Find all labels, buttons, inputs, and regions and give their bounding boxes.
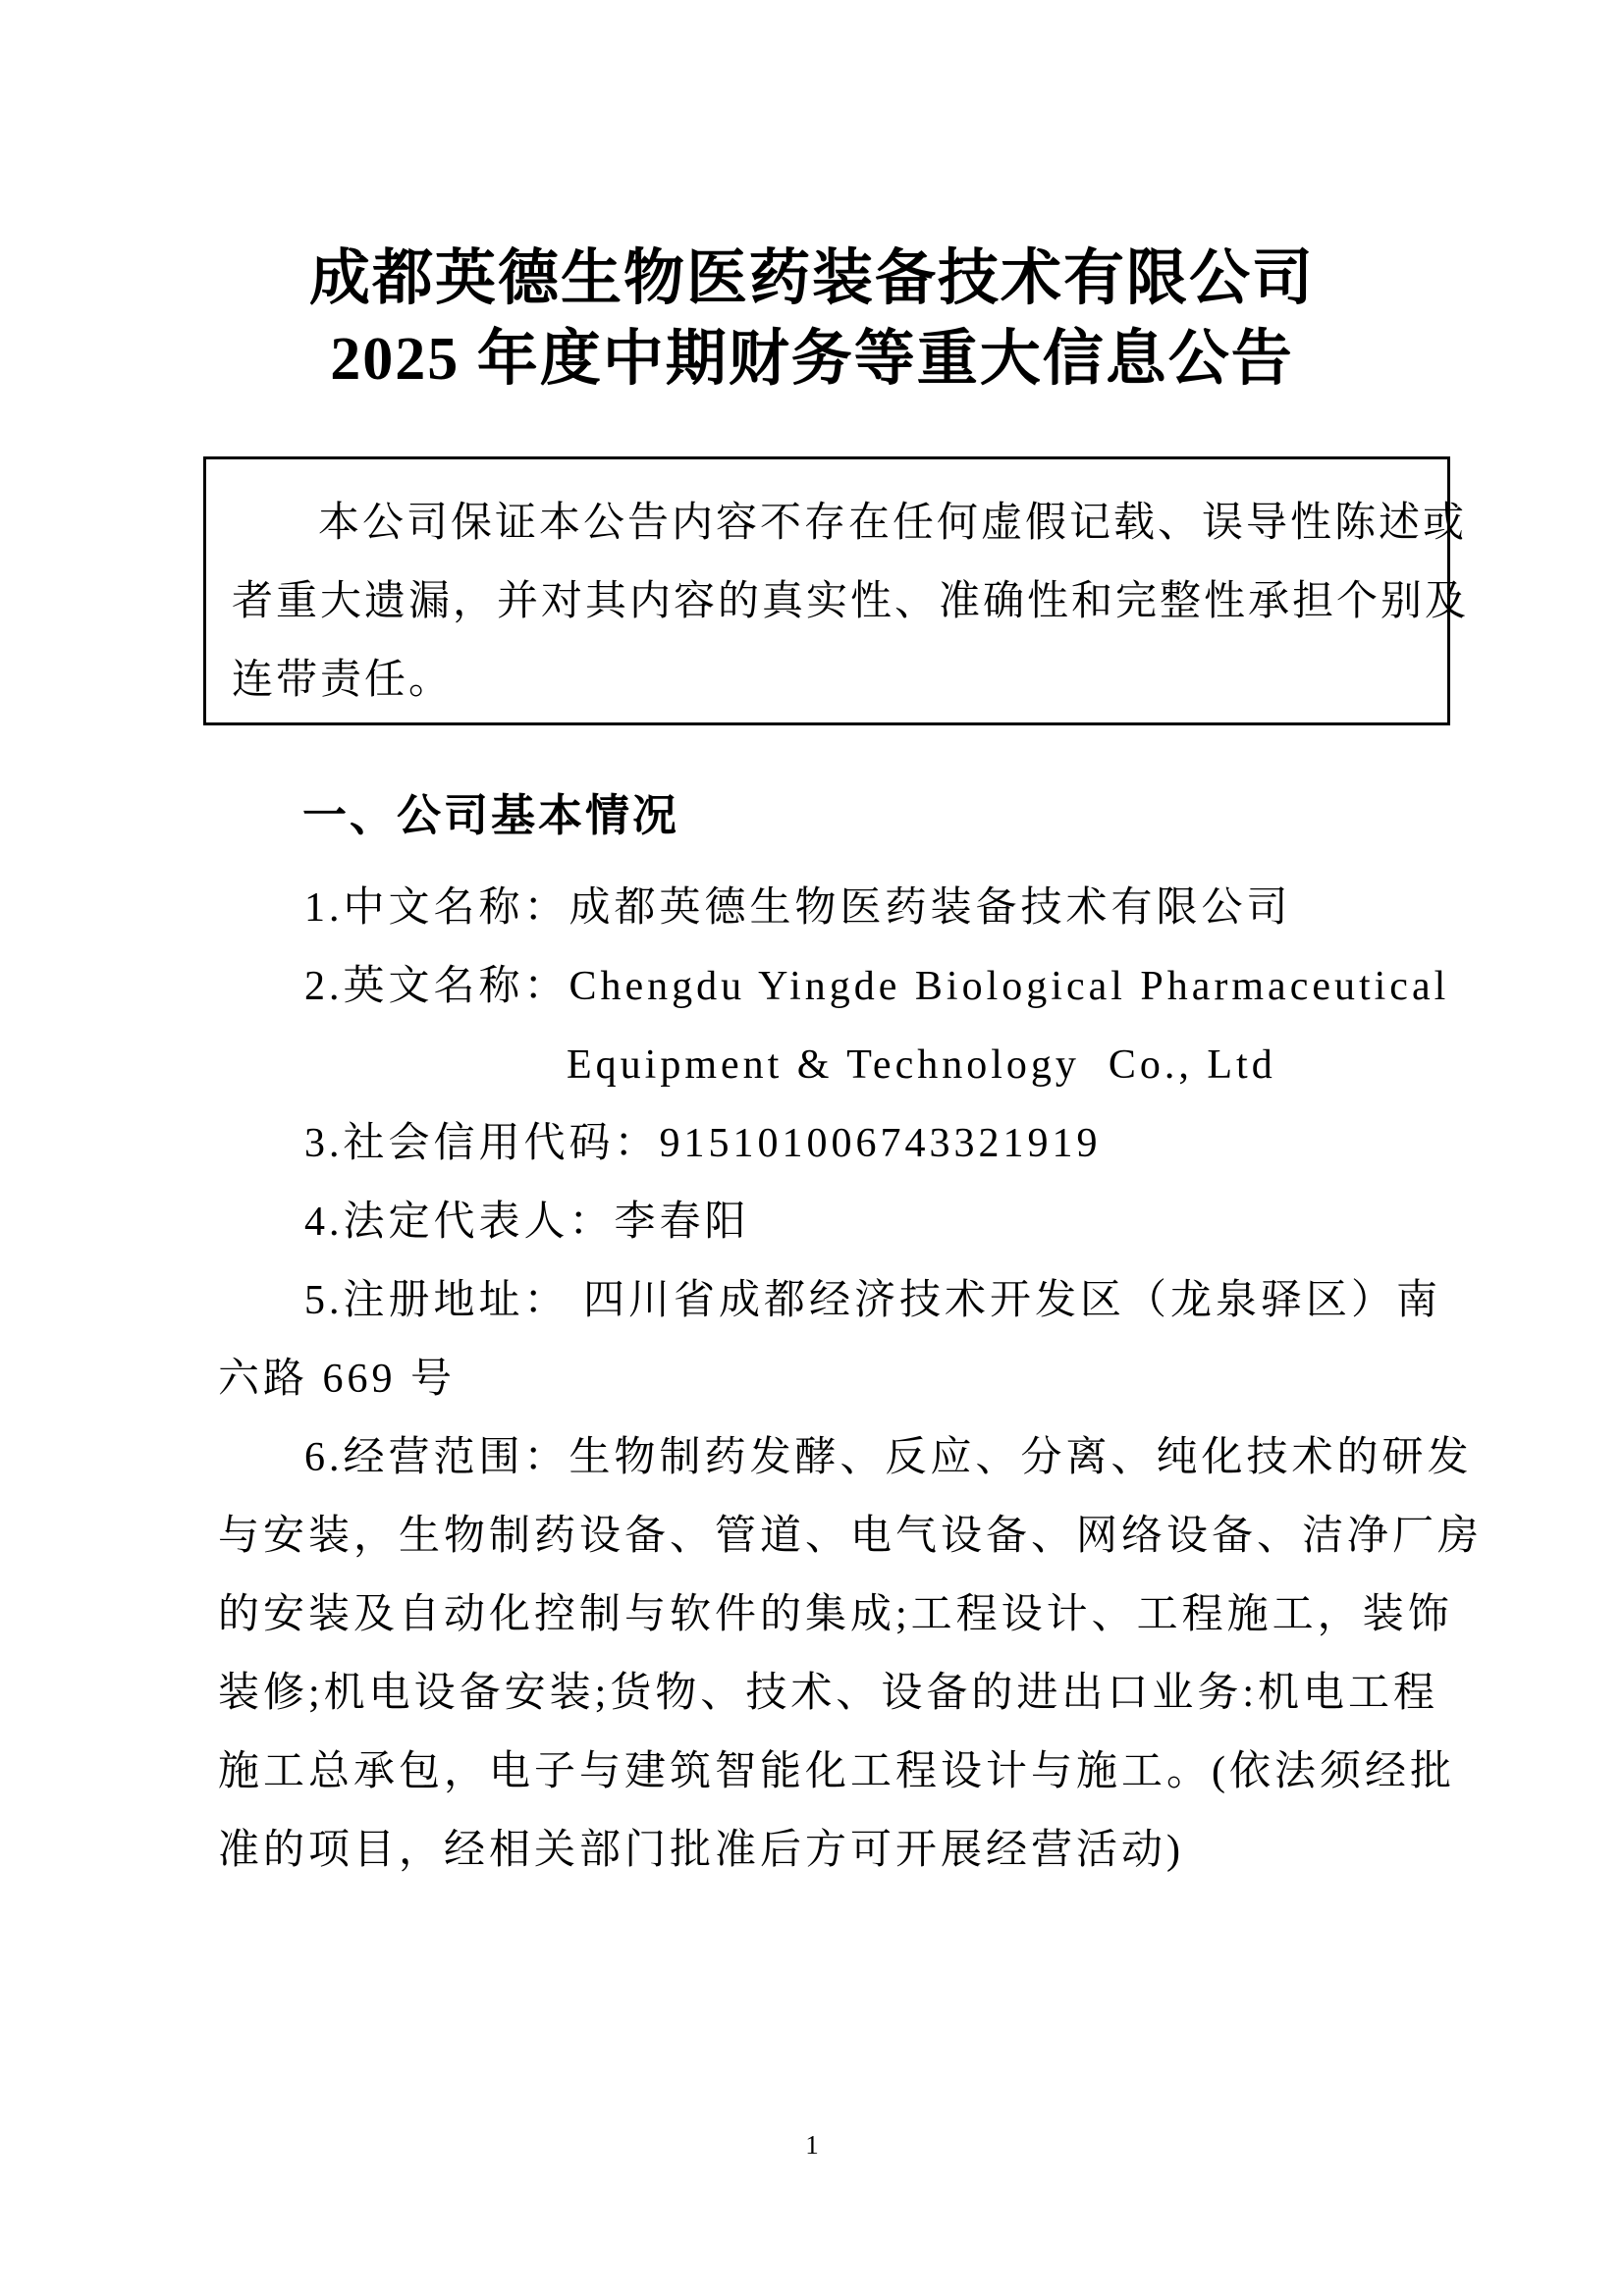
doc-line-business-scope-5: 施工总承包，电子与建筑智能化工程设计与施工。(依法须经批 [218, 1733, 1485, 1811]
disclaimer-line: 者重大遗漏，并对其内容的真实性、准确性和完整性承担个别及 [232, 562, 1422, 641]
doc-line-english-name: 2.英文名称：Chengdu Yingde Biological Pharmac… [218, 947, 1485, 1026]
doc-line-address-cont: 六路 669 号 [218, 1340, 1485, 1418]
title-line-2: 2025 年度中期财务等重大信息公告 [0, 319, 1624, 400]
doc-line-chinese-name: 1.中文名称：成都英德生物医药装备技术有限公司 [218, 869, 1485, 947]
section-heading-company-basic-info: 一、公司基本情况 [302, 789, 679, 842]
disclaimer-box: 本公司保证本公告内容不存在任何虚假记载、误导性陈述或 者重大遗漏，并对其内容的真… [203, 456, 1450, 725]
doc-line-legal-rep: 4.法定代表人：李春阳 [218, 1183, 1485, 1261]
doc-line-address: 5.注册地址： 四川省成都经济技术开发区（龙泉驿区）南 [218, 1261, 1485, 1340]
doc-line-business-scope-2: 与安装，生物制药设备、管道、电气设备、网络设备、洁净厂房 [218, 1497, 1485, 1575]
disclaimer-line: 本公司保证本公告内容不存在任何虚假记载、误导性陈述或 [232, 484, 1422, 562]
company-info-body: 1.中文名称：成都英德生物医药装备技术有限公司 2.英文名称：Chengdu Y… [218, 869, 1485, 1890]
doc-line-english-name-cont: Equipment & Technology Co., Ltd [218, 1026, 1485, 1104]
doc-line-business-scope-3: 的安装及自动化控制与软件的集成;工程设计、工程施工，装饰 [218, 1575, 1485, 1654]
disclaimer-line: 连带责任。 [232, 641, 1422, 720]
doc-line-business-scope: 6.经营范围：生物制药发酵、反应、分离、纯化技术的研发 [218, 1418, 1485, 1497]
doc-line-business-scope-6: 准的项目，经相关部门批准后方可开展经营活动) [218, 1811, 1485, 1890]
title-line-1: 成都英德生物医药装备技术有限公司 [0, 239, 1624, 319]
document-title: 成都英德生物医药装备技术有限公司 2025 年度中期财务等重大信息公告 [0, 239, 1624, 400]
document-page: 成都英德生物医药装备技术有限公司 2025 年度中期财务等重大信息公告 本公司保… [0, 0, 1624, 2296]
page-number: 1 [0, 2128, 1624, 2162]
doc-line-business-scope-4: 装修;机电设备安装;货物、技术、设备的进出口业务:机电工程 [218, 1654, 1485, 1733]
doc-line-credit-code: 3.社会信用代码：915101006743321919 [218, 1104, 1485, 1183]
